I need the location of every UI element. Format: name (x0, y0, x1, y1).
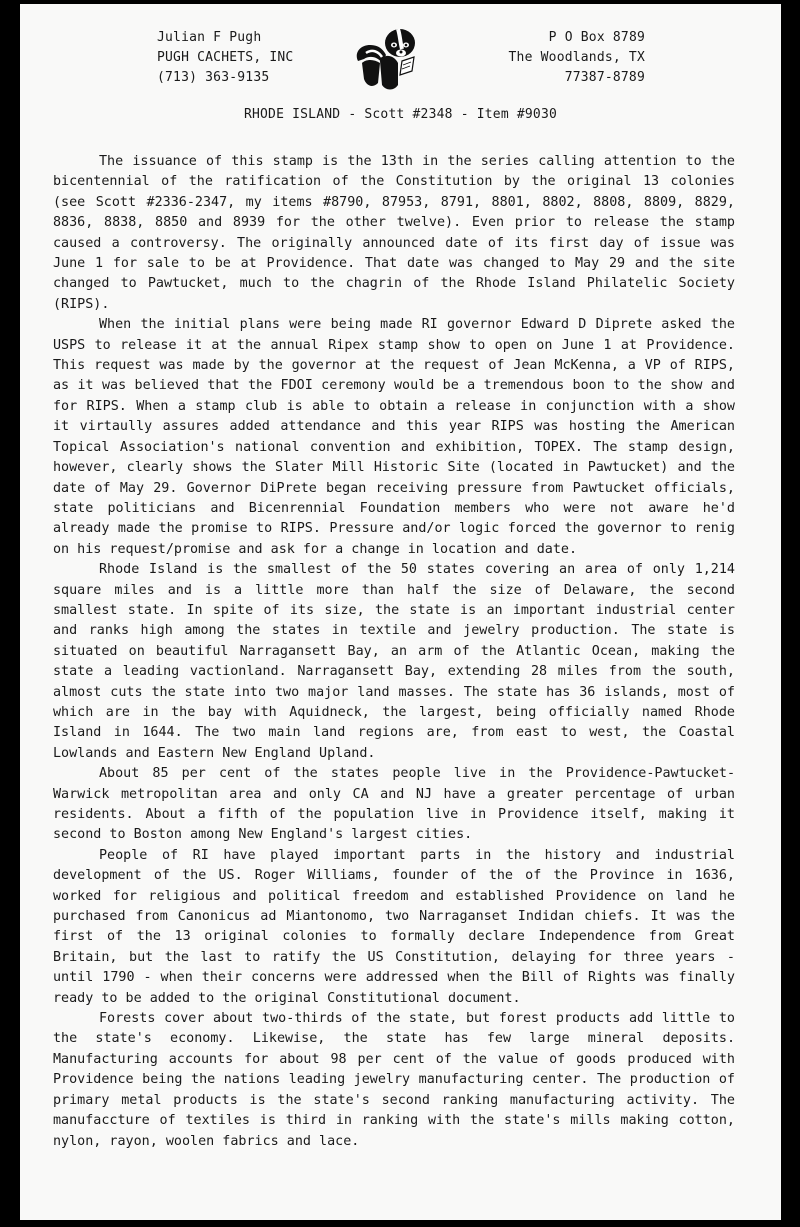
document-title: RHODE ISLAND - Scott #2348 - Item #9030 (20, 107, 781, 122)
po-box: P O Box 8789 (509, 28, 645, 48)
skunk-logo-icon (350, 23, 425, 95)
document-body: The issuance of this stamp is the 13th i… (53, 152, 735, 1152)
city-state: The Woodlands, TX (509, 48, 645, 68)
document-page: Julian F Pugh PUGH CACHETS, INC (713) 36… (20, 4, 781, 1220)
paragraph: The issuance of this stamp is the 13th i… (53, 152, 735, 315)
mailing-address: P O Box 8789 The Woodlands, TX 77387-878… (509, 28, 645, 88)
sender-info: Julian F Pugh PUGH CACHETS, INC (713) 36… (157, 28, 293, 88)
paragraph: People of RI have played important parts… (53, 846, 735, 1009)
paragraph: Rhode Island is the smallest of the 50 s… (53, 560, 735, 764)
company-name: PUGH CACHETS, INC (157, 48, 293, 68)
zip-code: 77387-8789 (509, 68, 645, 88)
paragraph: When the initial plans were being made R… (53, 315, 735, 560)
sender-name: Julian F Pugh (157, 28, 293, 48)
paragraph: Forests cover about two-thirds of the st… (53, 1009, 735, 1152)
paragraph: About 85 per cent of the states people l… (53, 764, 735, 846)
phone-number: (713) 363-9135 (157, 68, 293, 88)
